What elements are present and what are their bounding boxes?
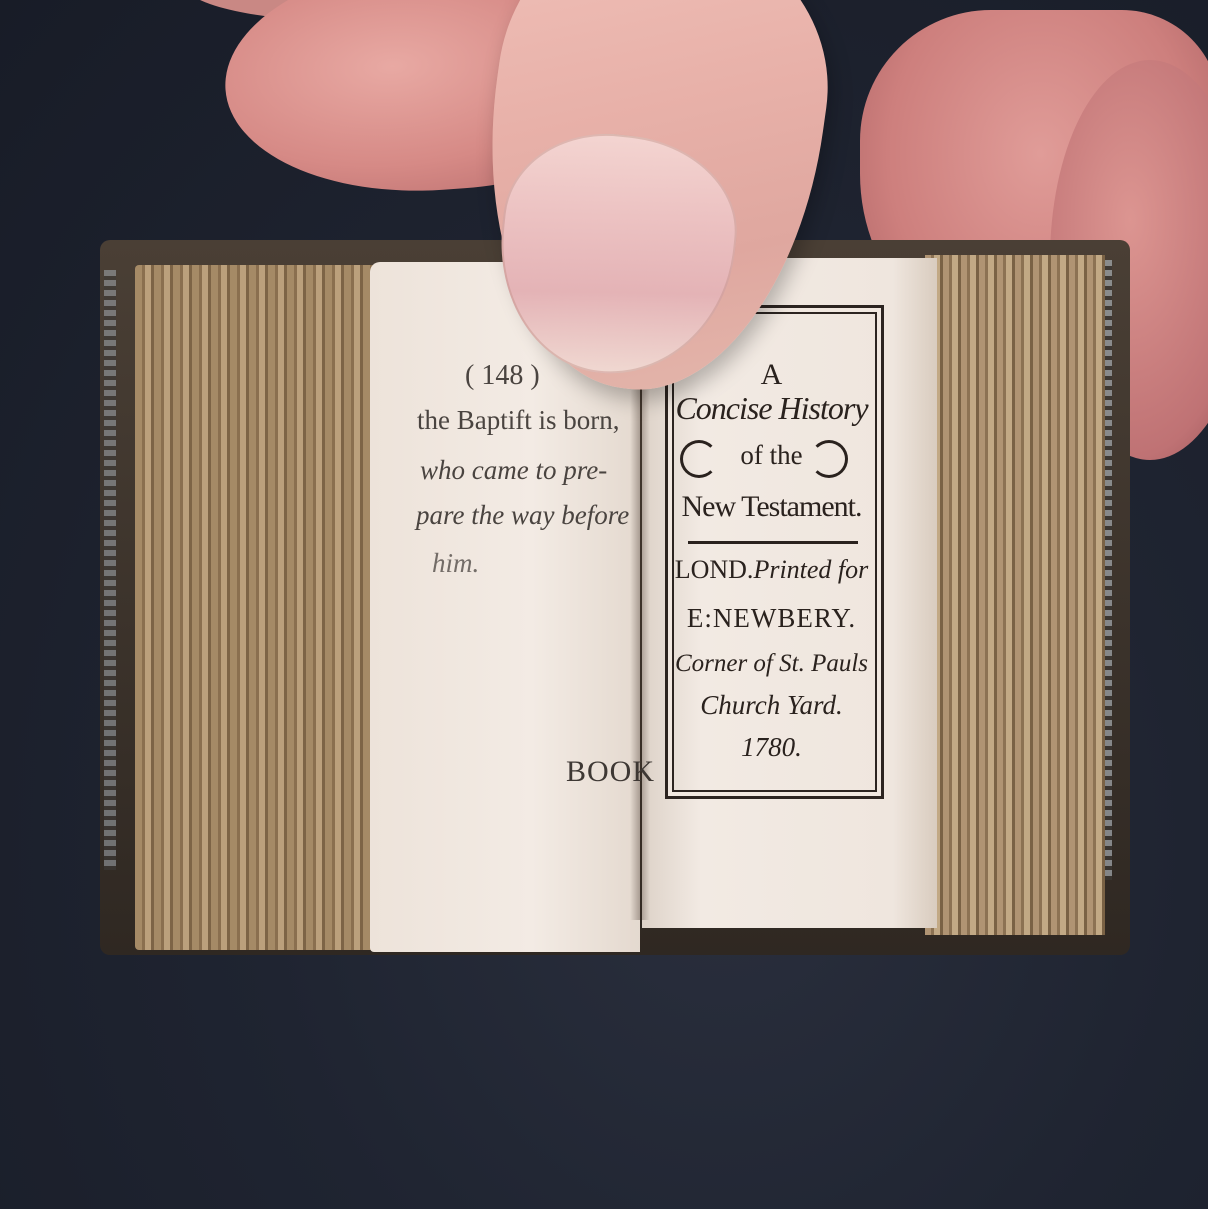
title-line: Concise History bbox=[665, 390, 878, 427]
address-line: Church Yard. bbox=[665, 690, 878, 721]
publisher: E:NEWBERY. bbox=[665, 603, 878, 634]
imprint-printed: Printed for bbox=[753, 555, 868, 584]
publication-year: 1780. bbox=[665, 732, 878, 763]
imprint-place: LOND. bbox=[675, 555, 754, 584]
title-line: New Testament. bbox=[665, 490, 878, 524]
text-line: the Baptift is born, bbox=[417, 405, 619, 436]
photo-scene: ( 148 ) the Baptift is born, who came to… bbox=[0, 0, 1208, 1209]
catchword: BOOK bbox=[566, 755, 655, 789]
text-line: him. bbox=[432, 548, 479, 579]
title-rule bbox=[688, 541, 858, 544]
page-block-right bbox=[925, 255, 1105, 935]
book-cover-edge-left bbox=[104, 270, 116, 870]
address-line: Corner of St. Pauls bbox=[665, 650, 878, 678]
text-line: who came to pre- bbox=[420, 455, 607, 486]
imprint-line: LOND.Printed for bbox=[665, 555, 878, 585]
title-article: A bbox=[665, 358, 878, 392]
text-line: pare the way before bbox=[416, 500, 629, 531]
page-number: ( 148 ) bbox=[465, 360, 540, 392]
flourish-icon bbox=[810, 440, 848, 478]
